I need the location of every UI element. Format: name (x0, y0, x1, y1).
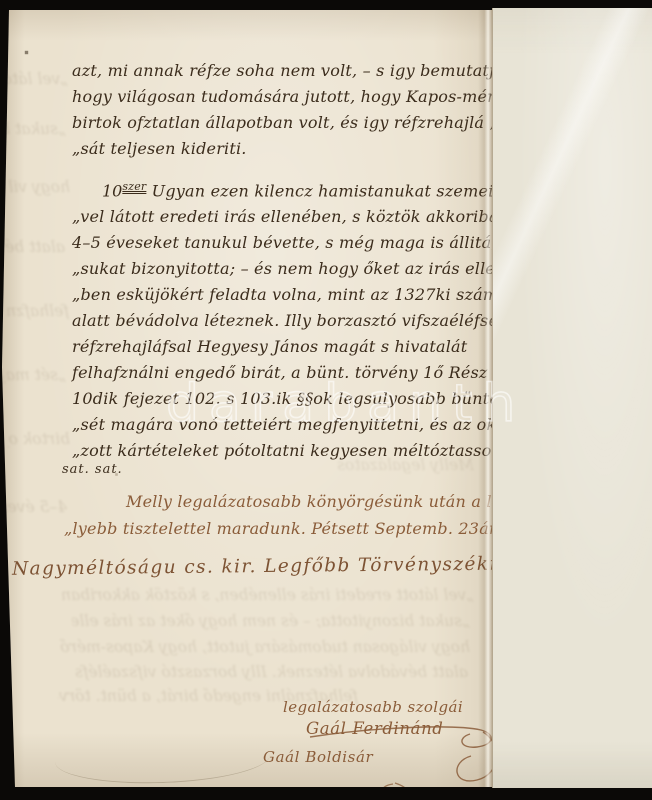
manuscript-line: „ben esküjökért feladta volna, mint az 1… (72, 282, 496, 308)
manuscript-line-text: Ugyan ezen kilencz hamistanukat szemei„ (152, 181, 502, 200)
manuscript-line: hogy világosan tudomására jutott, hogy K… (72, 84, 496, 110)
manuscript-line: 4–5 éveseket tanukul bévette, s még maga… (72, 230, 496, 256)
bleedthrough-text: birtok ofztatlan állapotban volt, és igy… (8, 430, 70, 448)
manuscript-line: „sát teljesen kideriti. (72, 136, 496, 162)
bleedthrough-text: „sét magára vonó tetteiért megfenyittetn… (4, 366, 66, 384)
manuscript-line: „vel látott eredeti irás ellenében, s kö… (72, 204, 496, 230)
photographed-manuscript: „vel látott eredeti irás ellenében, s kö… (0, 0, 652, 800)
signature-flourish (255, 710, 500, 800)
manuscript-line: „sukat bizonyitotta; – és nem hogy őket … (72, 256, 496, 282)
bleedthrough-text: felhafználni engedő birát, a bünt. törvé… (7, 302, 69, 320)
manuscript-line: „zott kártételeket pótoltatni kegyesen m… (72, 438, 496, 464)
bleedthrough-text: hogy világosan tudomására jutott, hogy K… (8, 178, 70, 196)
bleedthrough-text: alatt bévádolva léteznek. Illy borzasztó… (3, 238, 65, 256)
bleedthrough-text: „vel látott eredeti irás ellenében, s kö… (6, 70, 68, 88)
bleedthrough-text: „sukat bizonyitotta; – és nem hogy őket … (4, 120, 66, 138)
addressee-line: Nagyméltóságu cs. kir. Legfőbb Törvénysz… (12, 553, 528, 579)
bleedthrough-text: 4–5 éveseket tanukul bévette, s még maga… (5, 498, 67, 516)
manuscript-line: alatt bévádolva léteznek. Illy borzasztó… (72, 308, 496, 334)
bleedthrough-text: alatt bévádolva léteznek. Illy borzasztó… (76, 663, 468, 681)
bleedthrough-text: „vel látott eredeti irás ellenében, s kö… (58, 586, 474, 604)
bleedthrough-text: „sukat bizonyitotta; – és nem hogy őket … (72, 612, 470, 630)
etcetera-mark: sat. sat. (62, 462, 123, 477)
watermark: darabanth (166, 374, 525, 434)
pencil-mark (54, 730, 271, 786)
item-number-suffix: szer (122, 180, 146, 193)
manuscript-line: azt, mi annak réfze soha nem volt, – s i… (72, 58, 496, 84)
manuscript-line: réfzrehajláfsal Hegyesy János magát s hi… (72, 334, 496, 360)
paragraph-1: azt, mi annak réfze soha nem volt, – s i… (72, 58, 496, 162)
manuscript-line: 10szer Ugyan ezen kilencz hamistanukat s… (72, 174, 496, 204)
manuscript-line: birtok ofztatlan állapotban volt, és igy… (72, 110, 496, 136)
bleedthrough-text: hogy világosan tudomására jutott, hogy K… (60, 638, 470, 656)
item-number: 10 (102, 181, 122, 200)
paper-specks (0, 10, 1, 11)
